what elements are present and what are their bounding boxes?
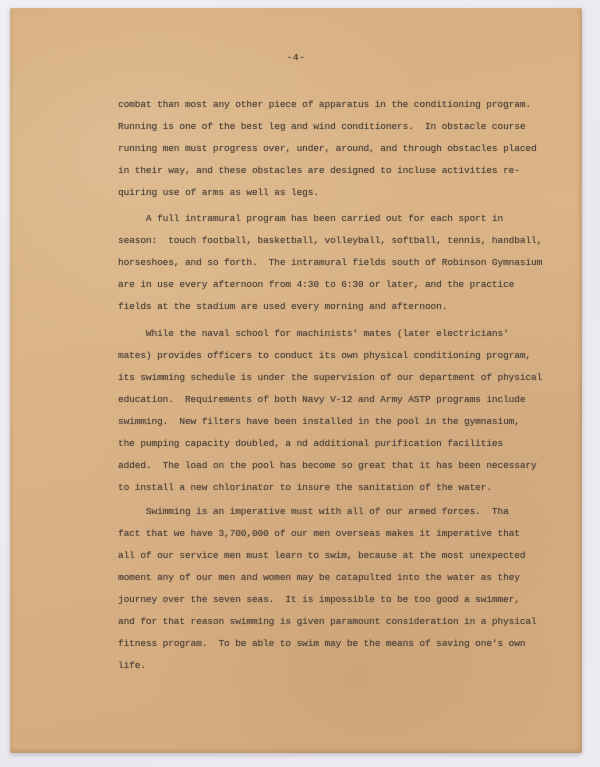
scan-background: -4- combat than most any other piece of … — [0, 0, 600, 767]
text-line: fields at the stadium are used every mor… — [118, 296, 558, 318]
text-line: Swimming is an imperative must with all … — [118, 501, 558, 523]
text-line: quiring use of arms as well as legs. — [118, 182, 558, 204]
paragraph: While the naval school for machinists' m… — [118, 323, 558, 499]
text-line: in their way, and these obstacles are de… — [118, 160, 558, 182]
paragraph: combat than most any other piece of appa… — [118, 94, 558, 204]
text-line: swimming. New filters have been installe… — [118, 411, 558, 433]
text-line: fitness program. To be able to swim may … — [118, 633, 558, 655]
text-line: moment any of our men and women may be c… — [118, 567, 558, 589]
text-line: are in use every afternoon from 4:30 to … — [118, 274, 558, 296]
text-line: the pumping capacity doubled, a nd addit… — [118, 433, 558, 455]
page-number: -4- — [10, 52, 582, 63]
text-line: life. — [118, 655, 558, 677]
text-line: A full intramural program has been carri… — [118, 208, 558, 230]
text-line: its swimming schedule is under the super… — [118, 367, 558, 389]
text-line: While the naval school for machinists' m… — [118, 323, 558, 345]
text-line: journey over the seven seas. It is impos… — [118, 589, 558, 611]
text-line: education. Requirements of both Navy V-1… — [118, 389, 558, 411]
text-line: combat than most any other piece of appa… — [118, 94, 558, 116]
text-line: running men must progress over, under, a… — [118, 138, 558, 160]
text-line: fact that we have 3,700,000 of our men o… — [118, 523, 558, 545]
text-line: Running is one of the best leg and wind … — [118, 116, 558, 138]
paragraph: Swimming is an imperative must with all … — [118, 501, 558, 677]
text-line: season: touch football, basketball, voll… — [118, 230, 558, 252]
text-line: added. The load on the pool has become s… — [118, 455, 558, 477]
text-line: horseshoes, and so forth. The intramural… — [118, 252, 558, 274]
text-line: to install a new chlorinator to insure t… — [118, 477, 558, 499]
text-line: mates) provides officers to conduct its … — [118, 345, 558, 367]
text-line: and for that reason swimming is given pa… — [118, 611, 558, 633]
document-page: -4- combat than most any other piece of … — [10, 8, 582, 753]
paragraph: A full intramural program has been carri… — [118, 208, 558, 318]
text-line: all of our service men must learn to swi… — [118, 545, 558, 567]
